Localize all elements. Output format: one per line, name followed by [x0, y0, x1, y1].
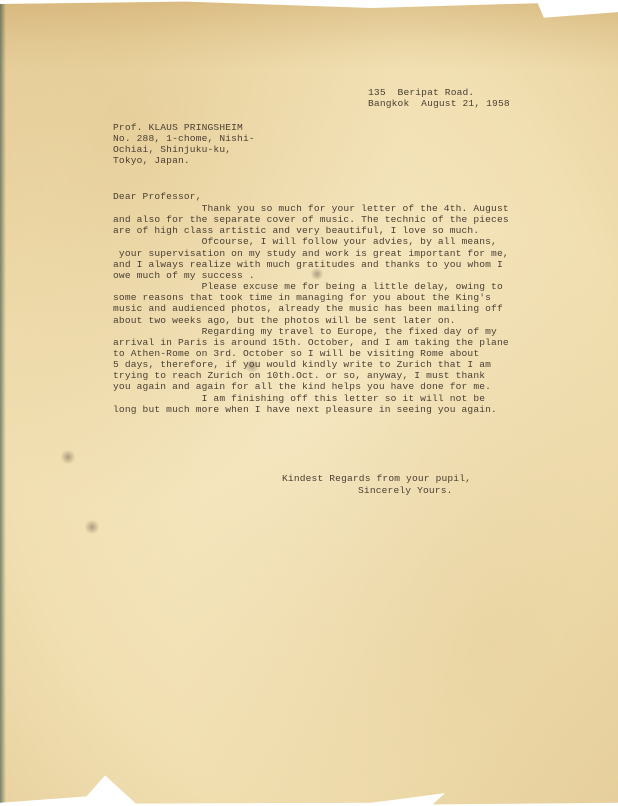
body-line: long but much more when I have next plea… [113, 404, 497, 415]
body-line: and also for the separate cover of music… [113, 214, 509, 225]
closing-signoff: Sincerely Yours. [358, 485, 453, 496]
recipient-line: Ochiai, Shinjuku-ku, [113, 144, 231, 155]
body-line: owe much of my success . [113, 270, 255, 281]
closing-regards: Kindest Regards from your pupil, [282, 473, 471, 484]
ink-smudge [60, 450, 76, 464]
body-line: Please excuse me for being a little dela… [113, 281, 503, 292]
sender-street: 135 Beripat Road. [368, 87, 474, 98]
sender-city-date: Bangkok August 21, 1958 [368, 98, 510, 109]
body-line: you again and again for all the kind hel… [113, 381, 491, 392]
recipient-line: Prof. KLAUS PRINGSHEIM [113, 122, 243, 133]
body-line: some reasons that took time in managing … [113, 292, 491, 303]
body-line: are of high class artistic and very beau… [113, 225, 479, 236]
body-line: music and audienced photos, already the … [113, 303, 503, 314]
body-line: and I always realize with much gratitude… [113, 259, 503, 270]
body-line: I am finishing off this letter so it wil… [113, 393, 485, 404]
recipient-line: Tokyo, Japan. [113, 155, 190, 166]
body-line: 5 days, therefore, if you would kindly w… [113, 359, 491, 370]
salutation: Dear Professor, [113, 191, 202, 202]
ink-smudge [84, 520, 100, 534]
body-line: about two weeks ago, but the photos will… [113, 315, 456, 326]
body-line: Thank you so much for your letter of the… [113, 203, 509, 214]
body-line: Regarding my travel to Europe, the fixed… [113, 326, 497, 337]
body-line: Ofcourse, I will follow your advies, by … [113, 236, 497, 247]
body-line: trying to reach Zurich on 10th.Oct. or s… [113, 370, 485, 381]
body-line: arrival in Paris is around 15th. October… [113, 337, 509, 348]
body-line: your supervisation on my study and work … [113, 248, 509, 259]
recipient-line: No. 288, 1-chome, Nishi- [113, 133, 255, 144]
body-line: to Athen-Rome on 3rd. October so I will … [113, 348, 479, 359]
